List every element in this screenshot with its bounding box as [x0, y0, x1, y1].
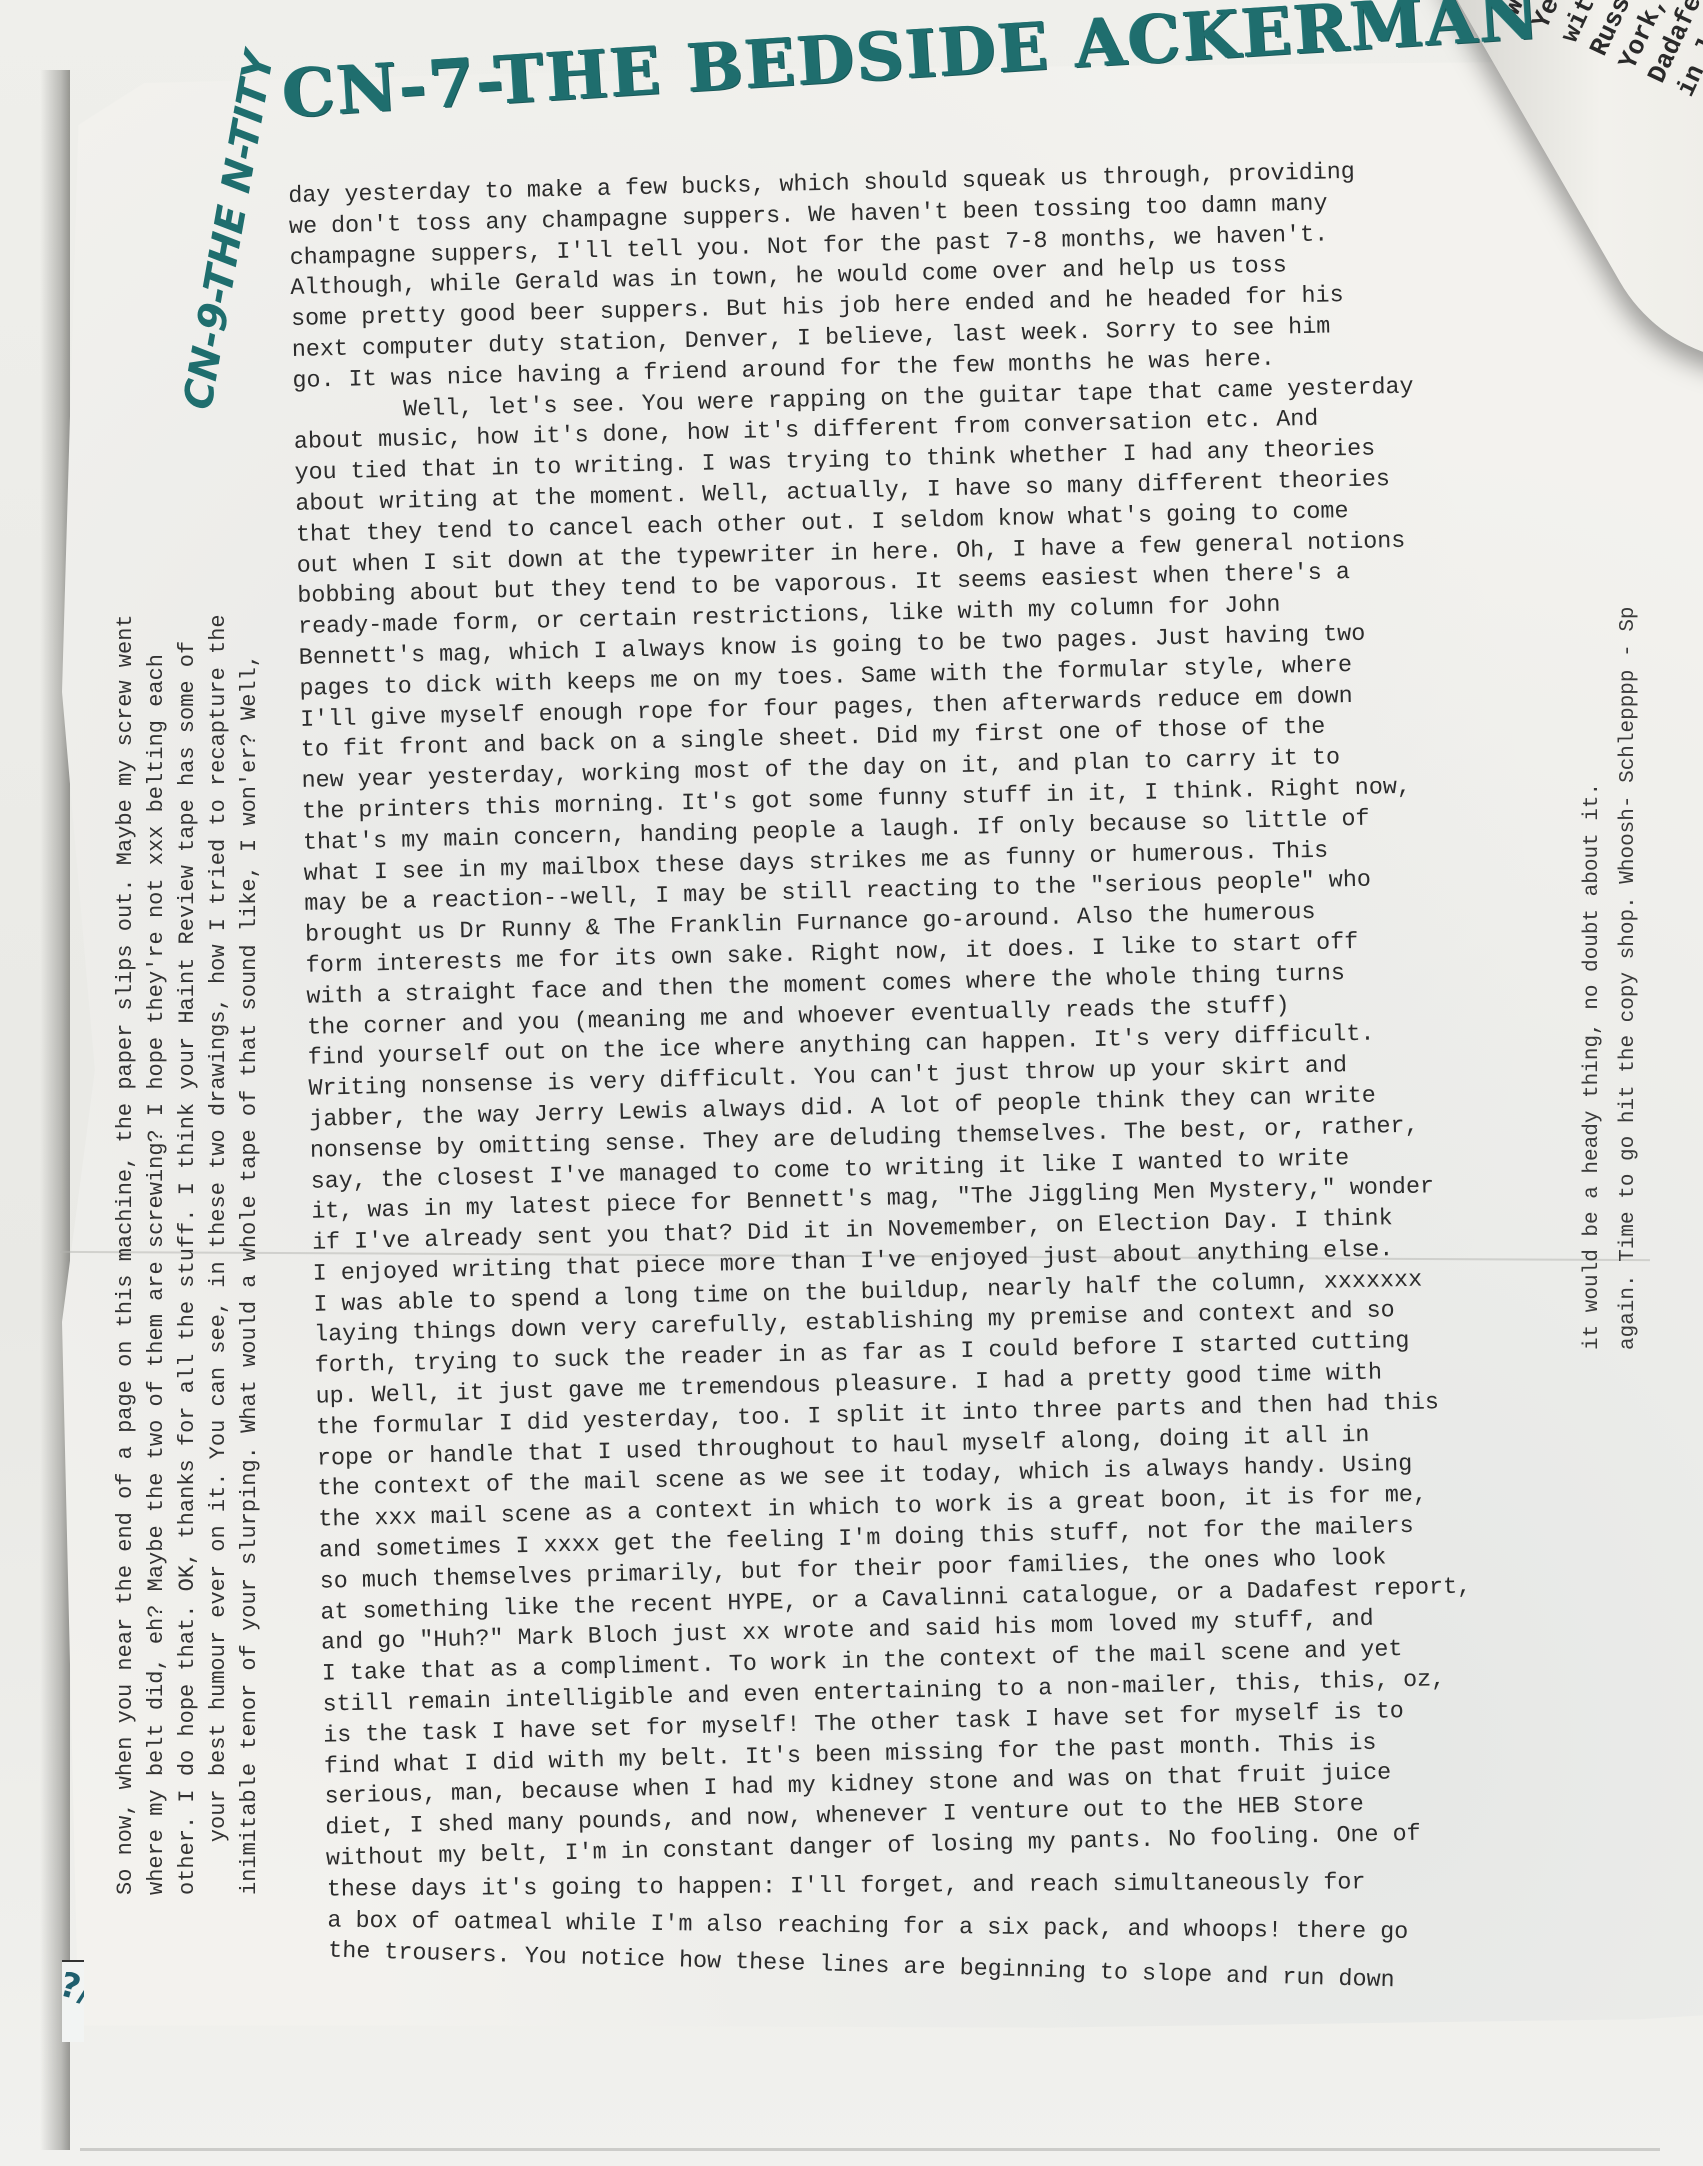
letter-body: day yesterday to make a few bucks, which… [288, 153, 1628, 1968]
text-line: other. I do hope that. OK, thanks for al… [172, 295, 203, 1895]
text-line: it would be a heady thing, no doubt abou… [1575, 250, 1611, 1350]
stamp-glyph: ?/ [62, 1965, 84, 2012]
text-line: your best humour ever on it. You can see… [203, 295, 234, 1895]
text-line: So now, when you near the end of a page … [110, 295, 141, 1895]
page-shadow [40, 70, 70, 2150]
left-margin-note: So now, when you near the end of a page … [110, 295, 265, 1895]
page-bottom-edge [80, 2148, 1660, 2151]
text-line: these days it's going to happen: I'll fo… [327, 1866, 1627, 1906]
text-line: again. Time to go hit the copy shop. Who… [1611, 250, 1647, 1350]
text-line: where my belt did, eh? Maybe the two of … [141, 295, 172, 1895]
right-margin-note: it would be a heady thing, no doubt abou… [1575, 250, 1647, 1350]
rubber-stamp-fragment: ?/ [62, 1960, 84, 2042]
text-line: inimitable tenor of your slurping. What … [234, 295, 265, 1895]
